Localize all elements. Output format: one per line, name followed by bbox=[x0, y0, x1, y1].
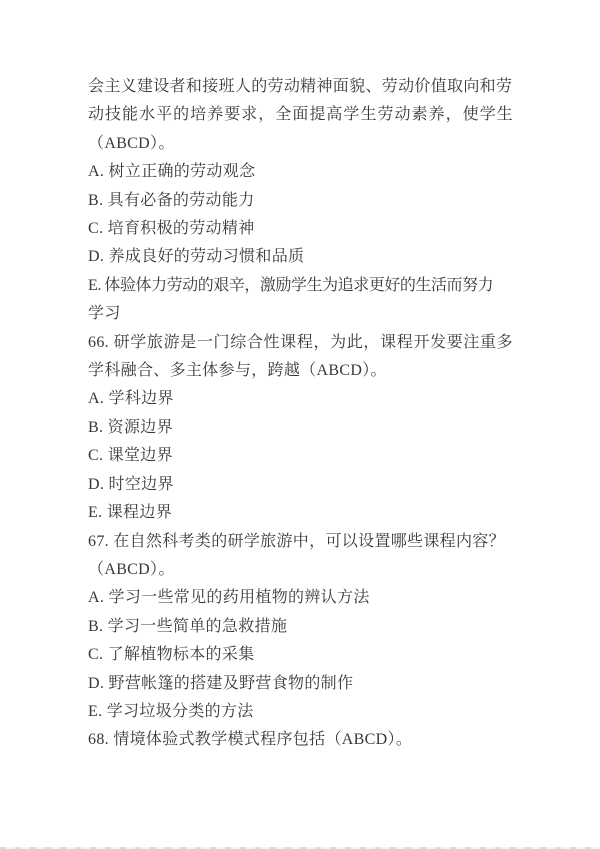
option-line: B. 具有必备的劳动能力 bbox=[88, 187, 513, 215]
option-line: D. 野营帐篷的搭建及野营食物的制作 bbox=[88, 670, 513, 698]
document-page: 会主义建设者和接班人的劳动精神面貌、劳动价值取向和劳动技能水平的培养要求，全面提… bbox=[0, 0, 600, 849]
option-line: D. 时空边界 bbox=[88, 471, 513, 499]
stem-line: 会主义建设者和接班人的劳动精神面貌、劳动价值取向和劳 bbox=[88, 73, 513, 101]
option-line: E. 体验体力劳动的艰辛，激励学生为追求更好的生活而努力 bbox=[88, 272, 513, 300]
stem-line: （ABCD）。 bbox=[88, 130, 513, 158]
option-line: B. 学习一些简单的急救措施 bbox=[88, 613, 513, 641]
option-line: D. 养成良好的劳动习惯和品质 bbox=[88, 243, 513, 271]
option-line: A. 学科边界 bbox=[88, 385, 513, 413]
option-line: E. 课程边界 bbox=[88, 499, 513, 527]
option-line: C. 课堂边界 bbox=[88, 442, 513, 470]
document-content: 会主义建设者和接班人的劳动精神面貌、劳动价值取向和劳动技能水平的培养要求，全面提… bbox=[88, 73, 513, 755]
question-line: 学科融合、多主体参与，跨越（ABCD）。 bbox=[88, 357, 513, 385]
question-line: 67. 在自然科考类的研学旅游中，可以设置哪些课程内容？ bbox=[88, 528, 513, 556]
option-line: A. 树立正确的劳动观念 bbox=[88, 158, 513, 186]
option-line: B. 资源边界 bbox=[88, 414, 513, 442]
option-line: E. 学习垃圾分类的方法 bbox=[88, 698, 513, 726]
question-line: （ABCD）。 bbox=[88, 556, 513, 584]
option-line: A. 学习一些常见的药用植物的辨认方法 bbox=[88, 584, 513, 612]
option-line: 学习 bbox=[88, 300, 513, 328]
question-line: 68. 情境体验式教学模式程序包括（ABCD）。 bbox=[88, 726, 513, 754]
question-line: 66. 研学旅游是一门综合性课程，为此，课程开发要注重多 bbox=[88, 329, 513, 357]
stem-line: 动技能水平的培养要求，全面提高学生劳动素养，使学生 bbox=[88, 101, 513, 129]
option-line: C. 培育积极的劳动精神 bbox=[88, 215, 513, 243]
option-line: C. 了解植物标本的采集 bbox=[88, 641, 513, 669]
